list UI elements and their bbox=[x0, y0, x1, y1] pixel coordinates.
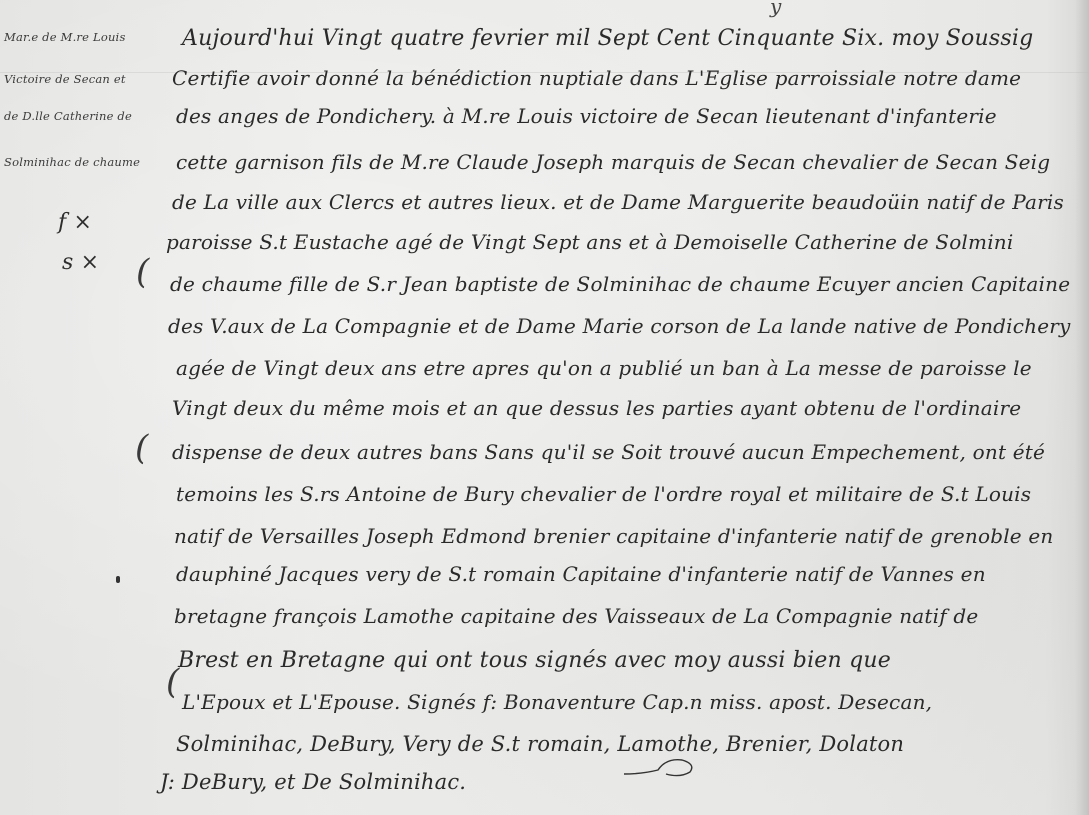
text-line-6: paroisse S.t Eustache agé de Vingt Sept … bbox=[166, 230, 1013, 254]
text-line-17: L'Epoux et L'Epouse. Signés f: Bonaventu… bbox=[182, 690, 932, 714]
text-line-12: temoins les S.rs Antoine de Bury chevali… bbox=[176, 482, 1031, 506]
text-line-16: Brest en Bretagne qui ont tous signés av… bbox=[178, 648, 891, 673]
text-line-1: Aujourd'hui Vingt quatre fevrier mil Sep… bbox=[182, 26, 1033, 51]
text-line-5: de La ville aux Clercs et autres lieux. … bbox=[172, 190, 1064, 214]
margin-annotation: Mar.e de M.re Louis bbox=[4, 30, 126, 44]
text-line-7: de chaume fille de S.r Jean baptiste de … bbox=[170, 272, 1070, 296]
text-line-3: des anges de Pondichery. à M.re Louis vi… bbox=[176, 104, 997, 128]
closing-flourish-icon bbox=[622, 752, 702, 782]
margin-tally-mark: s × bbox=[62, 250, 99, 275]
page-edge-shadow bbox=[1075, 0, 1089, 815]
signatures-line-final: J: DeBury, et De Solminihac. bbox=[160, 770, 466, 794]
margin-annotation: de D.lle Catherine de bbox=[4, 109, 132, 123]
ink-blot bbox=[116, 576, 120, 583]
text-line-14: dauphiné Jacques very de S.t romain Capi… bbox=[176, 562, 986, 586]
bracket-mark: ( bbox=[136, 252, 149, 292]
signatures-line: Solminihac, DeBury, Very de S.t romain, … bbox=[176, 732, 904, 756]
margin-tally-mark: f × bbox=[58, 210, 92, 235]
text-line-13: natif de Versailles Joseph Edmond brenie… bbox=[174, 524, 1054, 548]
text-line-9: agée de Vingt deux ans etre apres qu'on … bbox=[176, 356, 1032, 380]
text-line-8: des V.aux de La Compagnie et de Dame Mar… bbox=[168, 314, 1071, 338]
top-ink-mark: y bbox=[770, 0, 781, 18]
text-line-4: cette garnison fils de M.re Claude Josep… bbox=[176, 150, 1050, 174]
manuscript-page: y Mar.e de M.re Louis Victoire de Secan … bbox=[0, 0, 1089, 815]
bracket-mark: ( bbox=[135, 428, 148, 468]
text-line-15: bretagne françois Lamothe capitaine des … bbox=[174, 604, 978, 628]
margin-annotation: Solminihac de chaume bbox=[4, 155, 140, 169]
margin-annotation: Victoire de Secan et bbox=[4, 72, 126, 86]
text-line-2: Certifie avoir donné la bénédiction nupt… bbox=[172, 66, 1021, 90]
text-line-10: Vingt deux du même mois et an que dessus… bbox=[172, 396, 1021, 420]
text-line-11: dispense de deux autres bans Sans qu'il … bbox=[172, 440, 1045, 464]
